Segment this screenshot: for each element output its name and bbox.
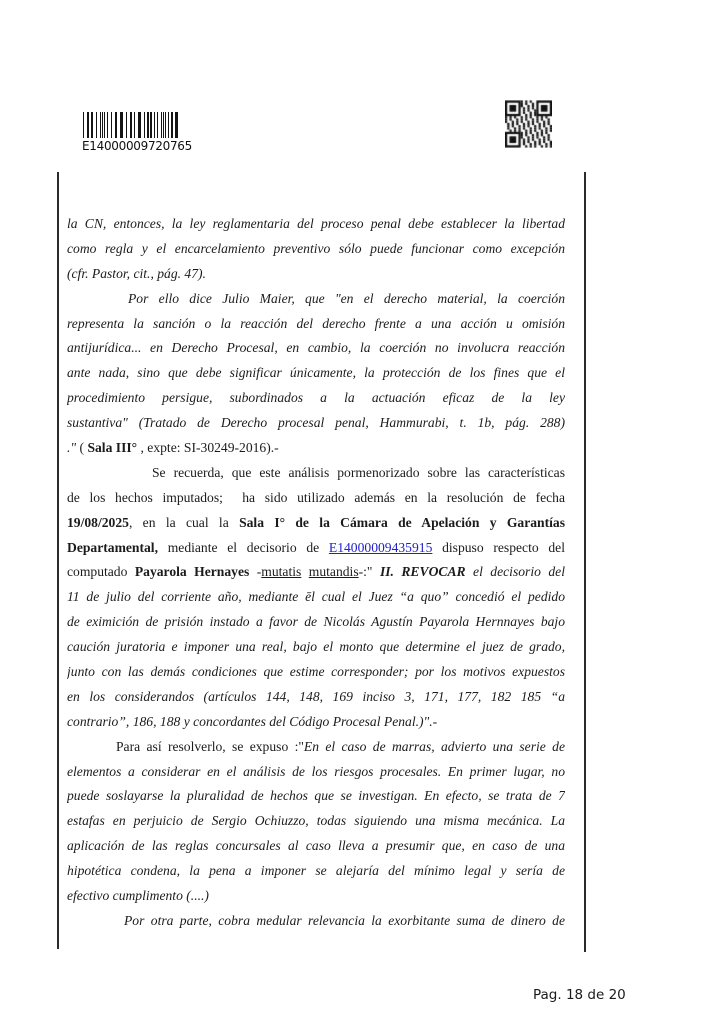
text-segment: efectivo cumplimento (....)	[67, 888, 209, 903]
text-line-28: efectivo cumplimento (....)	[67, 884, 565, 909]
text-segment: como regla y el encarcelamiento preventi…	[67, 241, 565, 256]
text-line-8: procedimiento persigue, subordinados a l…	[67, 386, 565, 411]
text-segment: Por otra parte, cobra medular relevancia…	[124, 913, 565, 928]
text-segment: mediante el decisorio de	[158, 540, 329, 555]
text-segment: mutandis	[309, 564, 359, 579]
text-line-21: contrario”, 186, 188 y concordantes del …	[67, 710, 565, 735]
text-line-25: estafas en perjuicio de Sergio Ochiuzzo,…	[67, 809, 565, 834]
text-line-17: de eximición de prisión instado a favor …	[67, 610, 565, 635]
document-link[interactable]: E14000009435915	[329, 540, 432, 555]
text-segment: Por ello dice Julio Maier, que "en el de…	[128, 291, 565, 306]
text-line-14: Departamental, mediante el decisorio de …	[67, 536, 565, 561]
text-line-29: Por otra parte, cobra medular relevancia…	[67, 909, 565, 934]
text-segment: -:"	[359, 564, 380, 579]
text-line-26: aplicación de las reglas concursales al …	[67, 834, 565, 859]
text-segment: representa la sanción o la reacción del …	[67, 316, 565, 331]
text-segment: sustantiva" (Tratado de Derecho procesal…	[67, 415, 565, 430]
text-segment: 19/08/2025	[67, 515, 129, 530]
text-segment	[301, 564, 308, 579]
text-segment: el decisorio del	[466, 564, 565, 579]
barcode-icon	[83, 112, 181, 138]
barcode-label: E14000009720765	[82, 139, 192, 153]
left-margin-rule	[57, 172, 59, 949]
text-segment: junto con las demás condiciones que esti…	[67, 664, 565, 679]
text-line-13: 19/08/2025, en la cual la Sala I° de la …	[67, 511, 565, 536]
text-line-9: sustantiva" (Tratado de Derecho procesal…	[67, 411, 565, 436]
text-segment: Se recuerda, que este análisis pormenori…	[152, 465, 565, 480]
text-segment: 11 de julio del corriente año, mediante …	[67, 589, 565, 604]
text-segment: de los hechos imputados; ha sido utiliza…	[67, 490, 565, 505]
text-line-23: elementos a considerar en el análisis de…	[67, 760, 565, 785]
text-line-7: ante nada, sino que debe significar únic…	[67, 361, 565, 386]
text-line-5: representa la sanción o la reacción del …	[67, 312, 565, 337]
text-line-16: 11 de julio del corriente año, mediante …	[67, 585, 565, 610]
text-segment: estafas en perjuicio de Sergio Ochiuzzo,…	[67, 813, 565, 828]
text-segment: II. REVOCAR	[380, 564, 466, 579]
text-segment: elementos a considerar en el análisis de…	[67, 764, 565, 779]
text-segment: en los considerandos (artículos 144, 148…	[67, 689, 565, 704]
text-line-18: caución juratoria e imponer una real, ba…	[67, 635, 565, 660]
text-segment: dispuso respecto del	[432, 540, 565, 555]
text-line-24: puede soslayarse la pluralidad de hechos…	[67, 784, 565, 809]
page-number: Pag. 18 de 20	[533, 987, 626, 1003]
text-segment: contrario”, 186, 188 y concordantes del …	[67, 714, 437, 729]
text-line-15: computado Payarola Hernayes -mutatis mut…	[67, 560, 565, 585]
text-line-10: ." ( Sala III° , expte: SI-30249-2016).-	[67, 436, 565, 461]
text-segment: computado	[67, 564, 135, 579]
text-segment: -	[249, 564, 261, 579]
text-segment: procedimiento persigue, subordinados a l…	[67, 390, 565, 405]
text-segment: hipotética condena, la pena a imponer se…	[67, 863, 565, 878]
text-segment: Departamental,	[67, 540, 158, 555]
text-segment: Sala I° de la Cámara de Apelación y Gara…	[239, 515, 565, 530]
qr-code-icon	[505, 100, 552, 148]
text-segment: de eximición de prisión instado a favor …	[67, 614, 565, 629]
text-line-20: en los considerandos (artículos 144, 148…	[67, 685, 565, 710]
text-line-27: hipotética condena, la pena a imponer se…	[67, 859, 565, 884]
text-line-4: Por ello dice Julio Maier, que "en el de…	[67, 287, 565, 312]
text-segment: aplicación de las reglas concursales al …	[67, 838, 565, 853]
document-page: E14000009720765 la CN, entonces, la ley …	[0, 0, 724, 1024]
text-line-3: (cfr. Pastor, cit., pág. 47).	[67, 262, 565, 287]
text-segment: antijurídica... en Derecho Procesal, en …	[67, 340, 565, 355]
text-segment: Para así resolverlo, se expuso :"	[116, 739, 304, 754]
text-line-22: Para así resolverlo, se expuso :"En el c…	[67, 735, 565, 760]
text-segment: , en la cual la	[129, 515, 239, 530]
text-segment: Sala III°	[87, 440, 137, 455]
text-segment: la CN, entonces, la ley reglamentaria de…	[67, 216, 565, 231]
text-segment: puede soslayarse la pluralidad de hechos…	[67, 788, 565, 803]
text-line-12: de los hechos imputados; ha sido utiliza…	[67, 486, 565, 511]
text-segment: Payarola Hernayes	[135, 564, 249, 579]
text-segment: En el caso de marras, advierto una serie…	[304, 739, 565, 754]
right-margin-rule	[584, 172, 586, 952]
text-segment: (cfr. Pastor, cit., pág. 47).	[67, 266, 206, 281]
text-line-2: como regla y el encarcelamiento preventi…	[67, 237, 565, 262]
document-body: la CN, entonces, la ley reglamentaria de…	[67, 212, 565, 934]
text-line-1: la CN, entonces, la ley reglamentaria de…	[67, 212, 565, 237]
text-segment: caución juratoria e imponer una real, ba…	[67, 639, 565, 654]
text-segment: ante nada, sino que debe significar únic…	[67, 365, 565, 380]
text-segment: mutatis	[261, 564, 301, 579]
text-segment: , expte: SI-30249-2016).-	[137, 440, 279, 455]
text-line-6: antijurídica... en Derecho Procesal, en …	[67, 336, 565, 361]
text-line-19: junto con las demás condiciones que esti…	[67, 660, 565, 685]
text-segment: ."	[67, 440, 80, 455]
text-line-11: Se recuerda, que este análisis pormenori…	[67, 461, 565, 486]
